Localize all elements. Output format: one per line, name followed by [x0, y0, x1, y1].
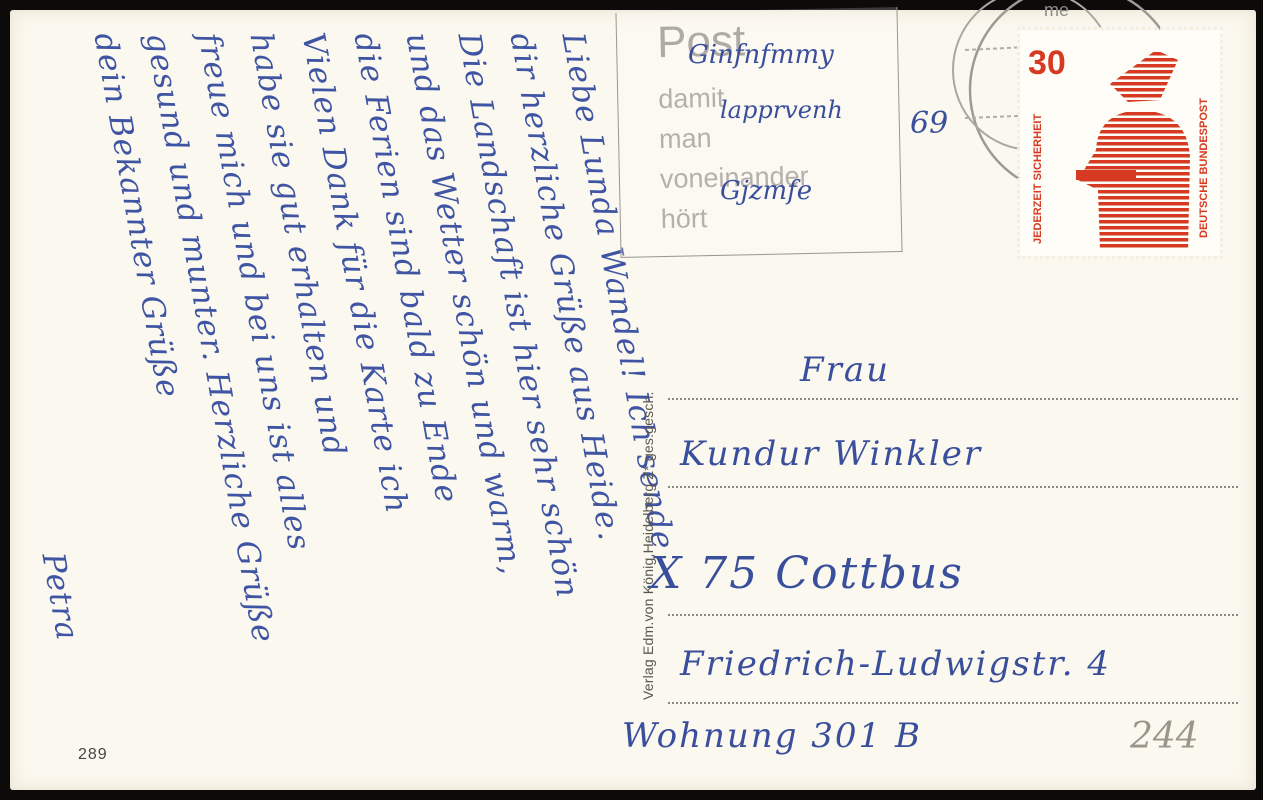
- stamp-value: 30: [1028, 44, 1066, 83]
- sender-note-line: lapprvenh: [720, 96, 843, 124]
- address-salutation: Frau: [800, 350, 890, 390]
- address-line-4: [668, 702, 1238, 704]
- card-number: 289: [78, 746, 108, 764]
- address-line-3: [668, 614, 1238, 616]
- slogan-line: damit: [658, 83, 725, 115]
- slogan-line: hört: [660, 203, 707, 235]
- pencil-archive-number: 244: [1130, 716, 1199, 757]
- stamp-caption-right: DEUTSCHE BUNDESPOST: [1198, 98, 1210, 238]
- sender-note-line: Gjzmfe: [720, 176, 812, 206]
- address-line-1: [668, 398, 1238, 400]
- handwritten-message: Liebe Lunda Wandel! Ich sende dir herzli…: [30, 30, 620, 750]
- sender-note-line: Ginfnfmmy: [688, 40, 834, 70]
- address-apartment: Wohnung 301 B: [622, 716, 922, 756]
- postmark-top-text: me: [1044, 0, 1069, 21]
- stamp-caption-left: JEDERZEIT SICHERHEIT: [1032, 114, 1044, 244]
- message-signature: Petra: [35, 550, 86, 643]
- postage-stamp: 30 JEDERZEIT SICHERHEIT DEUTSCHE BUNDESP…: [1022, 32, 1218, 254]
- address-city: X 75 Cottbus: [650, 548, 964, 599]
- slogan-line: man: [659, 123, 712, 155]
- address-name: Kundur Winkler: [680, 434, 982, 474]
- publisher-imprint: Verlag Edm.von König,Heidelberg Z* ges.g…: [640, 391, 656, 700]
- address-line-2: [668, 486, 1238, 488]
- address-street: Friedrich-Ludwigstr. 4: [680, 644, 1111, 684]
- stamp-head-illustration-icon: [1048, 40, 1198, 250]
